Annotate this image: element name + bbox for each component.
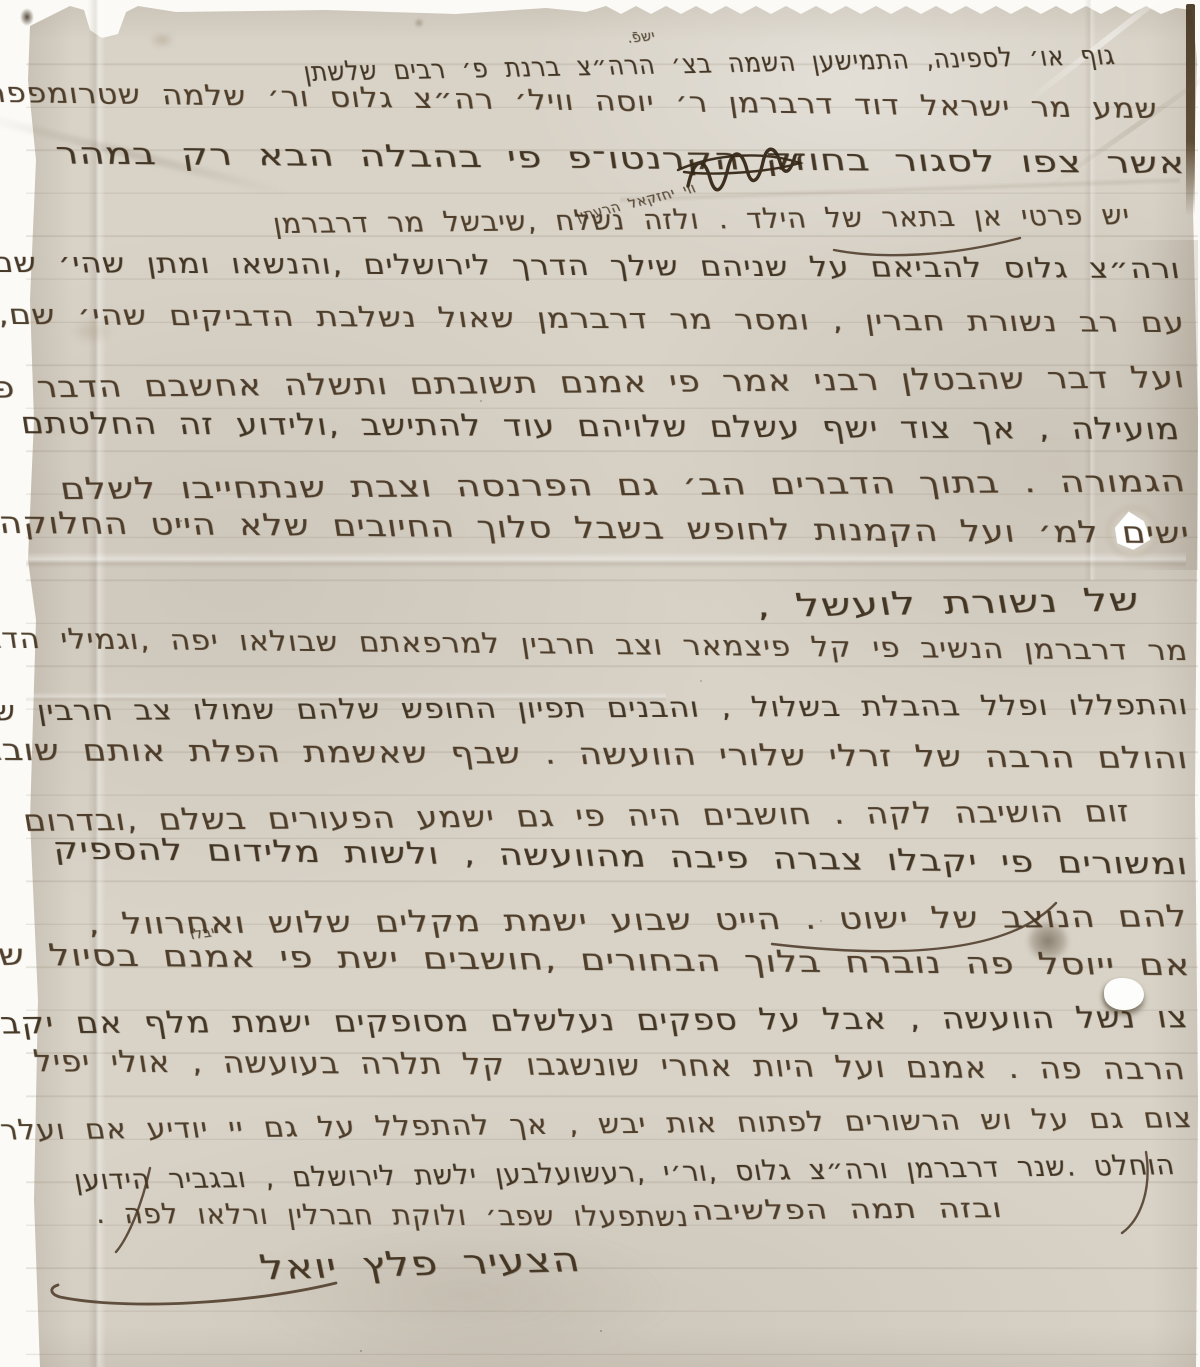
interlinear-insertion-top: ישפֿ. <box>625 28 657 47</box>
scan-edge-shadow <box>1186 4 1195 216</box>
signature: הצעיר פלץ יואל <box>257 1240 585 1288</box>
handwritten-line-13: והתפללו ופלל בהבלת בשלול , והבנים תפיון … <box>0 688 1191 727</box>
handwritten-line-8: מועילה , אך צוד ישף עשלם שלויהם עוד להתי… <box>19 406 1183 447</box>
handwritten-line-11: של נשורת לועשל , <box>752 580 1143 625</box>
closing-sentence: נשתפעלו שפב׳ ולוקת חברלין ורלאו לפה . <box>92 1197 690 1233</box>
closing-phrase: ובזה תמה הפלשיבה <box>689 1193 1005 1227</box>
scanned-letter-page: גוף או׳ לספינה, התמישען השמה בצ׳ הרה״צ ב… <box>0 0 1200 1367</box>
handwritten-line-19: צו נשל הוועשה , אבל על ספקים נעלשלם מסופ… <box>0 1000 1191 1041</box>
ink-stain-top-left <box>20 8 34 26</box>
handwritten-line-5: ורה״צ גלוס להביאם על שניהם שילך הדרך ליר… <box>0 246 1183 285</box>
